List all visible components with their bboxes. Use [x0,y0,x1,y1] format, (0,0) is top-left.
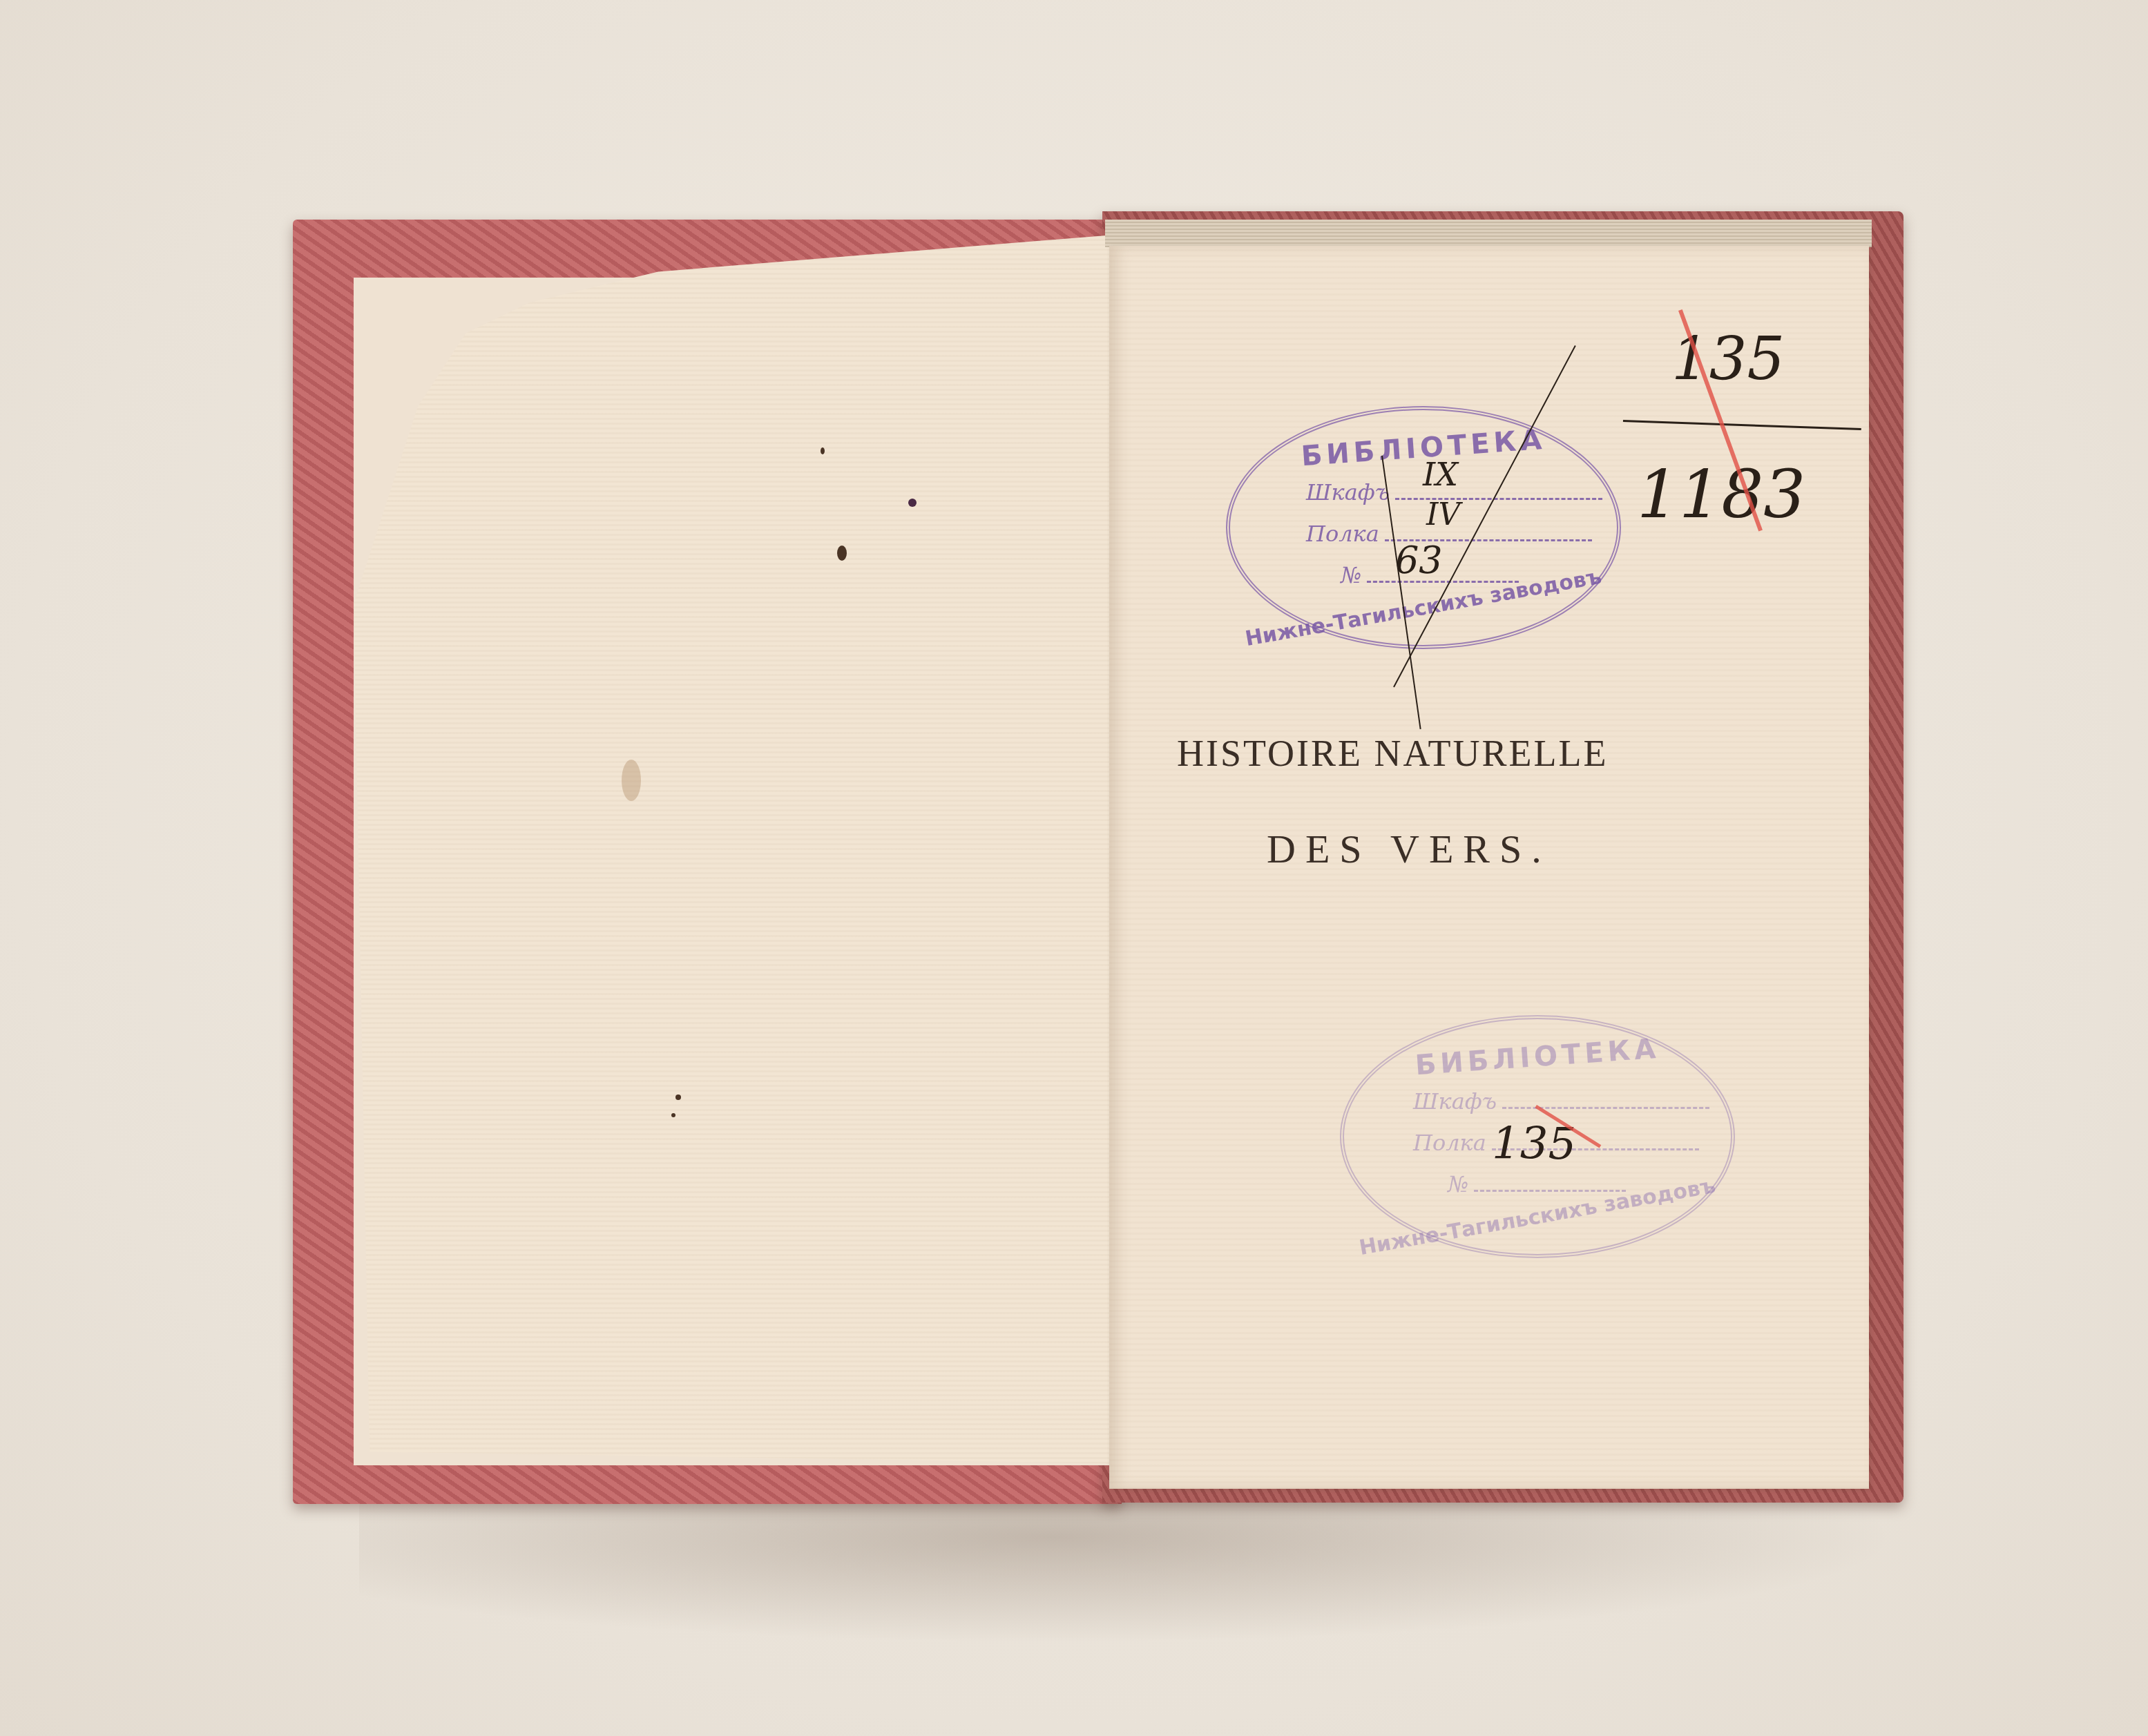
stamp-shelf-row: Шкафъ [1413,1088,1709,1115]
handwritten-number-lower: 135 [1492,1119,1576,1170]
paper-texture [354,235,1155,1464]
ink-speck [675,1094,681,1100]
stamp-label: Полка [1413,1130,1486,1156]
stamp-label: № [1341,562,1361,588]
stamp-label: Полка [1306,521,1379,547]
stamp-label: Шкафъ [1306,479,1390,505]
stain [622,760,641,801]
handwritten-number: 63 [1395,539,1443,582]
handwritten-row: IV [1426,497,1460,532]
handwritten-denominator: 1183 [1637,456,1805,533]
dotted-line [1474,1190,1626,1192]
ink-speck [821,447,825,454]
stamp-label: № [1448,1171,1468,1197]
ink-speck [908,499,917,507]
page-block-edge [1105,220,1872,247]
flyleaf-page [354,235,1155,1464]
ink-speck [837,546,847,561]
stamp-label: Шкафъ [1413,1088,1497,1115]
dotted-line [1502,1107,1709,1109]
ink-speck [671,1113,675,1117]
handwritten-shelf: IX [1423,456,1458,493]
library-stamp-upper: БИБЛIОТЕКА Шкафъ Полка № Нижне-Тагильски… [1226,406,1621,649]
book-title-line-1: HISTOIRE NATURELLE [1177,732,1608,775]
book-title-line-2: DES VERS. [1267,826,1551,872]
book-shadow [359,1492,1899,1643]
